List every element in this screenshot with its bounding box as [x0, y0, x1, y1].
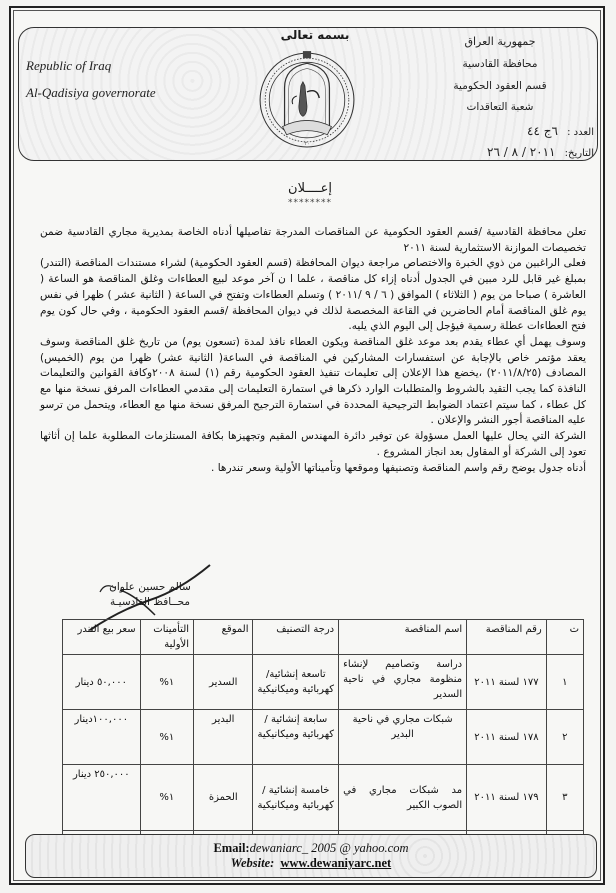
header-english-governorate: Al-Qadisiya governorate — [26, 85, 156, 101]
reference-number-label: العدد : — [567, 127, 594, 138]
cell-grade: سابعة إنشائية / كهربائية وميكانيكية — [253, 710, 339, 765]
cell-location: البدير — [194, 710, 253, 765]
signatory-name: سالم حسين علوان — [90, 580, 210, 595]
signatory-title: محــافظ القادسيـة — [90, 595, 210, 610]
body-paragraph-purchase: فعلى الراغبين من ذوي الخبرة والاختصاص مر… — [40, 256, 586, 335]
cell-location: السدير — [194, 655, 253, 710]
cell-grade: تاسعة إنشائية/ كهربائية وميكانيكية — [253, 655, 339, 710]
header-arabic-department: قسم العقود الحكومية — [430, 80, 570, 92]
cell-number: ١٧٧ لسنة ٢٠١١ — [467, 655, 547, 710]
cell-price: ٥٠,٠٠٠ دينار — [63, 655, 141, 710]
cell-grade: خامسة إنشائية / كهربائية وميكانيكية — [253, 765, 339, 831]
tenders-table: ت رقم المناقصة اسم المناقصة درجة التصنيف… — [62, 619, 584, 850]
cell-deposit: ١% — [140, 765, 193, 831]
cell-seq: ٣ — [546, 765, 583, 831]
col-header-location: الموقع — [194, 620, 253, 655]
cell-seq: ١ — [546, 655, 583, 710]
header-arabic-governorate: محافظة القادسية — [430, 58, 570, 70]
governorate-seal-icon: ٢٠ — [256, 47, 358, 149]
col-header-price: سعر بيع التندر — [63, 620, 141, 655]
col-header-grade: درجة التصنيف — [253, 620, 339, 655]
cell-price: ١٠٠,٠٠٠دينار — [63, 710, 141, 765]
col-header-name: اسم المناقصة — [339, 620, 467, 655]
table-row: ١ ١٧٧ لسنة ٢٠١١ دراسة وتصاميم لإنشاء منظ… — [63, 655, 584, 710]
table-row: ٢ ١٧٨ لسنة ٢٠١١ شبكات مجاري في ناحية الب… — [63, 710, 584, 765]
cell-location: الحمزة — [194, 765, 253, 831]
cell-number: ١٧٩ لسنة ٢٠١١ — [467, 765, 547, 831]
document-date: التاريخ: ٢٠١١ / ٨ / ٢٦ — [487, 145, 594, 159]
website-link[interactable]: www.dewaniyarc.net — [280, 856, 391, 870]
document-date-label: التاريخ: — [565, 148, 594, 159]
cell-name: دراسة وتصاميم لإنشاء منظومة مجاري في ناح… — [339, 655, 467, 710]
cell-deposit: ١% — [140, 655, 193, 710]
announcement-body: تعلن محافظة القادسية /قسم العقود الحكومي… — [40, 225, 586, 476]
header-english-country: Republic of Iraq — [26, 58, 111, 74]
svg-text:٢٠: ٢٠ — [304, 141, 309, 147]
cell-number: ١٧٨ لسنة ٢٠١١ — [467, 710, 547, 765]
col-header-number: رقم المناقصة — [467, 620, 547, 655]
body-paragraph-conditions: وسوف يهمل أي عطاء يقدم بعد موعد غلق المن… — [40, 335, 586, 429]
reference-number-value: ٦ج ٤٤ — [527, 124, 558, 138]
contact-footer: Email:dewaniarc_ 2005 @ yahoo.com Websit… — [25, 834, 597, 878]
table-row: ٣ ١٧٩ لسنة ٢٠١١ مد شبكات مجاري في الصوب … — [63, 765, 584, 831]
document-date-value: ٢٠١١ / ٨ / ٢٦ — [487, 145, 555, 159]
table-header-row: ت رقم المناقصة اسم المناقصة درجة التصنيف… — [63, 620, 584, 655]
cell-seq: ٢ — [546, 710, 583, 765]
email-line: Email:dewaniarc_ 2005 @ yahoo.com — [26, 841, 596, 856]
header-arabic-country: جمهورية العراق — [430, 35, 570, 48]
website-label: Website: — [231, 856, 275, 870]
announcement-title: إعــــلان — [270, 181, 350, 196]
email-label: Email: — [213, 841, 249, 855]
col-header-seq: ت — [546, 620, 583, 655]
col-header-deposit: التأمينات الأولية — [140, 620, 193, 655]
header-arabic-section: شعبة التعاقدات — [430, 101, 570, 113]
website-line: Website:www.dewaniyarc.net — [26, 856, 596, 871]
body-paragraph-company: الشركة التي يحال عليها العمل مسؤولة عن ت… — [40, 429, 586, 460]
cell-name: شبكات مجاري في ناحية البدير — [339, 710, 467, 765]
reference-number: العدد : ٦ج ٤٤ — [527, 124, 594, 138]
body-paragraph-table-intro: أدناه جدول يوضح رقم واسم المناقصة وتصنيف… — [40, 461, 586, 477]
basmala: بسمه تعالى — [275, 28, 355, 42]
body-paragraph-intro: تعلن محافظة القادسية /قسم العقود الحكومي… — [40, 225, 586, 256]
cell-deposit: ١% — [140, 710, 193, 765]
cell-price: ٢٥٠,٠٠٠ دينار — [63, 765, 141, 831]
email-link[interactable]: dewaniarc_ 2005 @ yahoo.com — [250, 841, 409, 855]
announcement-divider: ******** — [270, 198, 350, 208]
cell-name: مد شبكات مجاري في الصوب الكبير — [339, 765, 467, 831]
signature-block: سالم حسين علوان محــافظ القادسيـة — [90, 580, 210, 610]
